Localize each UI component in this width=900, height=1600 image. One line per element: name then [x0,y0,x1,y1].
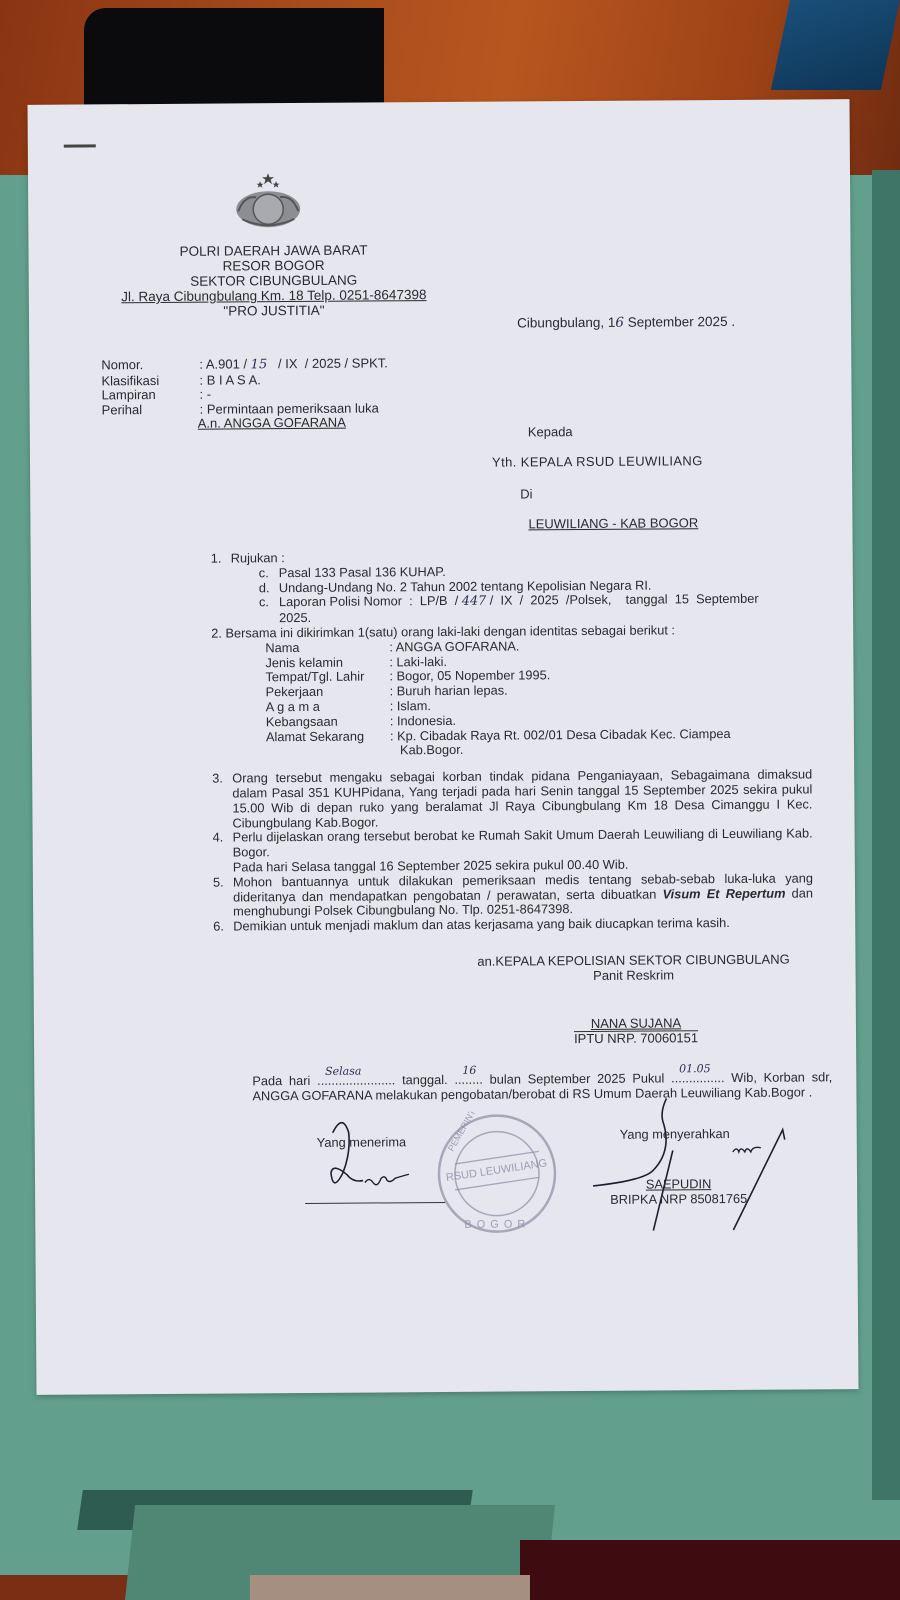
letter-date: Cibungbulang, 16 September 2025 . [517,314,735,332]
recipient-name: Yth. KEPALA RSUD LEUWILIANG [492,453,703,469]
meta-value-prefix: : A.901 / [199,356,250,371]
letterhead-tagline: "PRO JUSTITIA" [119,302,429,319]
identity-value: : Indonesia. [390,714,456,729]
identity-label: Tempat/Tgl. Lahir [265,670,389,686]
signatory-name: NANA SUJANA [574,1016,698,1031]
identity-label: Kebangsaan [266,714,390,730]
letter-document: POLRI DAERAH JAWA BARAT RESOR BOGOR SEKT… [28,99,859,1395]
receipt-text: bulan September 2025 Pukul [483,1070,671,1086]
paragraph-text: Mohon bantuannya untuk dilakukan pemerik… [233,871,813,919]
sender-name: SAEPUDIN [610,1176,747,1192]
letterhead-address: Jl. Raya Cibungbulang Km. 18 Telp. 0251-… [119,287,429,304]
meta-label: Nomor. [101,358,199,374]
tan-cloth [250,1575,530,1600]
meta-label: Perihal [102,402,200,417]
paragraph-3: 3.Orang tersebut mengaku sebagai korban … [212,768,812,831]
identity-label: Alamat Sekarang [266,729,390,745]
reference-index: d. [259,581,279,596]
meta-row: Nomor. : A.901 / 15 / IX / 2025 / SPKT. [101,356,388,374]
paragraph-number: 1. [211,551,231,566]
report-number-handwritten: 447 [462,594,487,609]
letter-meta: Nomor. : A.901 / 15 / IX / 2025 / SPKT. … [101,356,388,431]
reference-index: c. [259,566,279,581]
identity-value: : Buruh harian lepas. [390,684,508,700]
paragraph-text: Rujukan : [231,550,285,565]
svg-text:RSUD LEUWILIANG: RSUD LEUWILIANG [445,1157,548,1184]
meta-handwritten: 15 [251,357,268,372]
reference-text: Pasal 133 Pasal 136 KUHAP. [279,564,446,580]
paragraph-number: 5. [213,875,233,920]
folder-edge [872,170,900,1500]
receipt-text: tanggal. [395,1072,454,1087]
receipt-day-field: ......................Selasa [317,1072,395,1088]
identity-label: Nama [265,640,389,656]
reference-text: Laporan Polisi Nomor : LP/B / [279,593,462,609]
recipient-location: LEUWILIANG - KAB BOGOR [528,515,698,531]
receiver-signature [313,1112,434,1208]
paragraph-5: 5.Mohon bantuannya untuk dilakukan pemer… [213,871,813,920]
signatory-role: Panit Reskrim [464,966,804,983]
receipt-date-field: ........16 [454,1072,483,1087]
letterhead: POLRI DAERAH JAWA BARAT RESOR BOGOR SEKT… [118,242,429,319]
paragraph-text: Demikian untuk menjadi maklum dan atas k… [233,916,813,935]
recipient-di: Di [520,486,532,501]
paragraph-text: Perlu dijelaskan orang tersebut berobat … [233,827,813,861]
recipient-kepada: Kepada [528,424,573,439]
hospital-stamp: RSUD LEUWILIANG BOGOR PEMERINTAH KAB [433,1111,562,1236]
signatory-rank: IPTU NRP. 70060151 [574,1030,698,1046]
pen-mark [64,144,96,147]
perihal-subject-name: A.n. ANGGA GOFARANA [198,415,389,431]
paragraph-number: 3. [212,772,232,831]
reference-index: c. [259,596,279,611]
identity-value: : Kp. Cibadak Raya Rt. 002/01 Desa Cibad… [390,727,731,744]
signatory-name-block: NANA SUJANA IPTU NRP. 70060151 [574,1016,698,1046]
meta-value: : A.901 / 15 / IX / 2025 / SPKT. [199,356,388,373]
paragraph-4: 4.Perlu dijelaskan orang tersebut beroba… [213,827,813,861]
sender-signature [582,1089,813,1241]
identity-table: Nama: ANGGA GOFARANA. Jenis kelamin: Lak… [211,637,812,760]
paragraph-6: 6.Demikian untuk menjadi maklum dan atas… [213,916,813,935]
police-emblem-icon [234,173,302,231]
handwritten-time: 01.05 [679,1061,711,1076]
date-rest: September 2025 . [624,314,735,330]
meta-value-suffix: / IX / 2025 / SPKT. [267,355,388,371]
sender-name-block: SAEPUDIN BRIPKA NRP 85081765 [610,1176,747,1207]
identity-value: : Islam. [390,699,431,714]
identity-label: Pekerjaan [266,685,390,701]
meta-value: : - [199,388,211,403]
identity-value: : ANGGA GOFARANA. [389,639,519,655]
paragraph-number: 4. [213,831,233,861]
signatory-block: an.KEPALA KEPOLISIAN SEKTOR CIBUNGBULANG… [463,951,803,983]
signatory-title: an.KEPALA KEPOLISIAN SEKTOR CIBUNGBULANG [463,951,803,968]
date-handwritten-day: 6 [615,315,624,331]
svg-text:BOGOR: BOGOR [464,1218,530,1230]
identity-label: A g a m a [266,699,390,715]
handwritten-day: Selasa [325,1064,361,1079]
meta-value: : B I A S A. [199,373,261,388]
date-place: Cibungbulang, 1 [517,315,615,331]
paragraph-number: 6. [213,920,233,935]
reference-text: / IX / 2025 /Polsek, tanggal 15 Septembe… [486,591,759,608]
receipt-time-field: ...............01.05 [671,1070,724,1085]
blue-book-object [771,0,900,90]
receipt-text: Pada hari [252,1073,317,1088]
paragraph-text: Orang tersebut mengaku sebagai korban ti… [232,768,812,831]
handwritten-date: 16 [462,1063,476,1078]
visum-emphasis: Visum Et Repertum [663,885,786,901]
meta-label: Lampiran [101,388,199,403]
sender-rank: BRIPKA NRP 85081765 [610,1191,747,1207]
letter-body: 1.Rujukan : c.Pasal 133 Pasal 136 KUHAP.… [211,547,814,934]
dark-cloth [520,1540,900,1600]
